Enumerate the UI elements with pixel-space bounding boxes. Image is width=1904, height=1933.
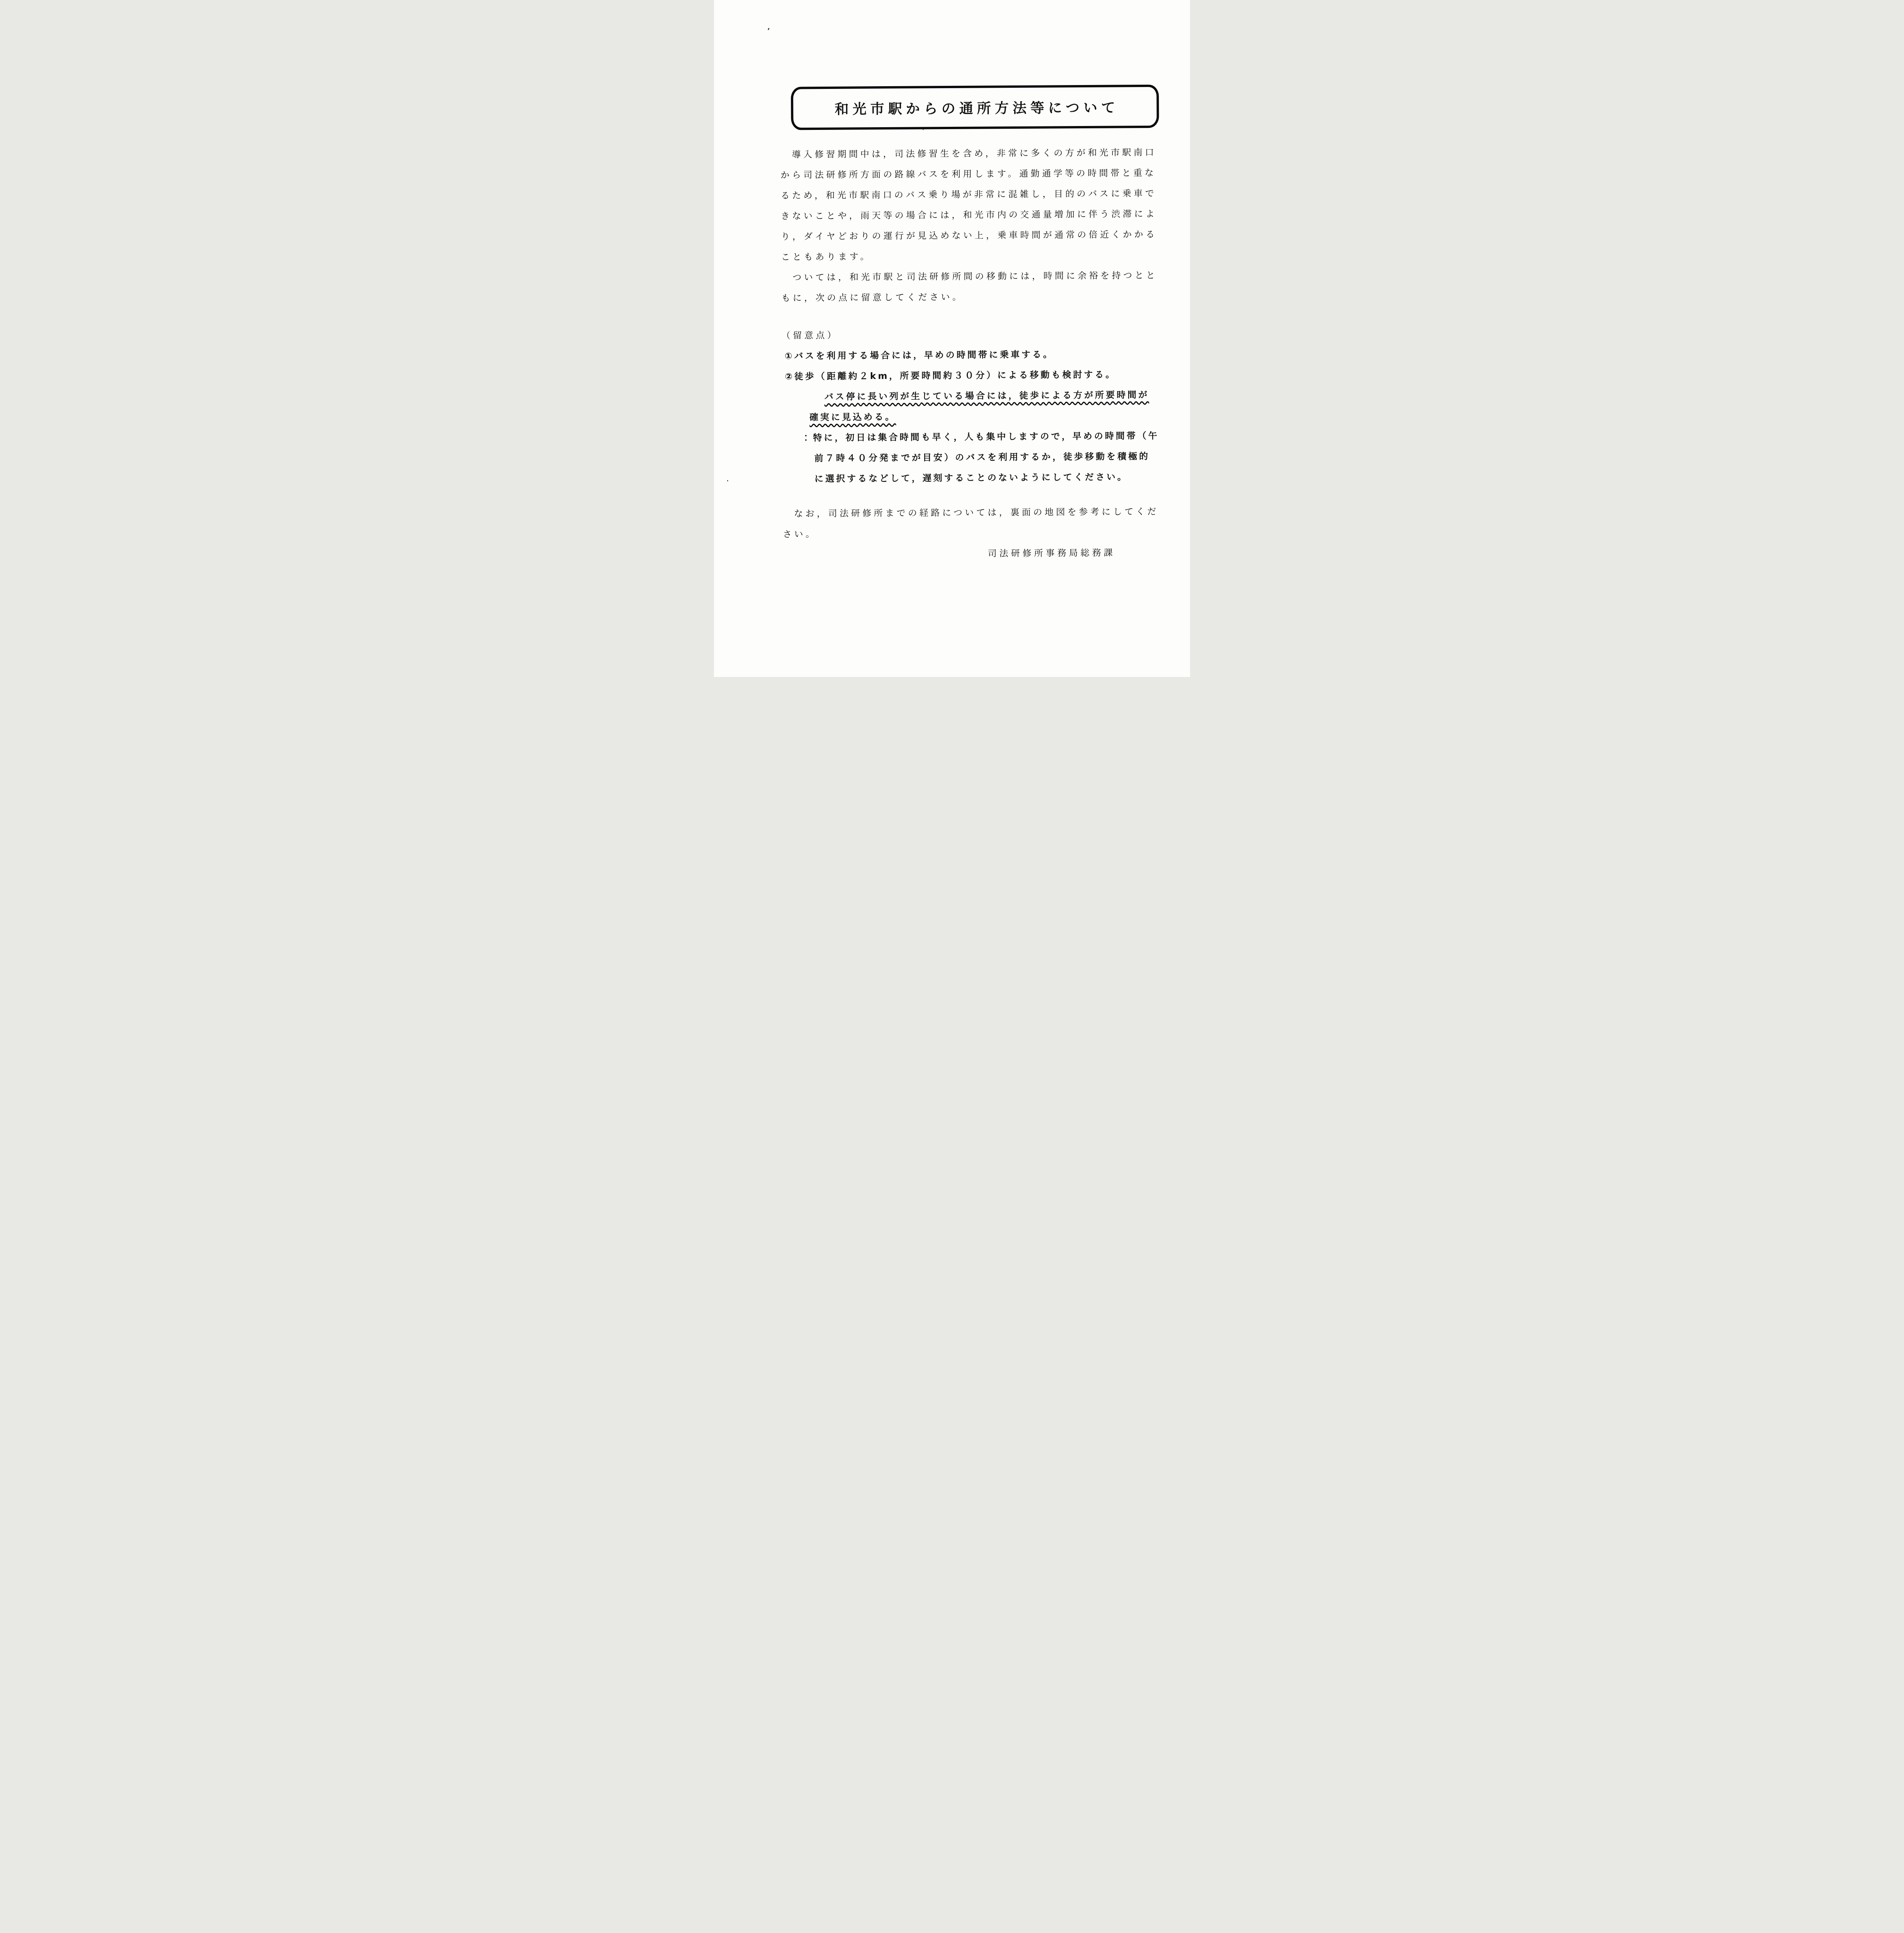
paragraph-line: るため，和光市駅南口のバス乗り場が非常に混雑し，目的のバスに乗車で — [781, 184, 1160, 206]
paragraph-line: ついては，和光市駅と司法研修所間の移動には，時間に余裕を持つとと — [781, 266, 1160, 288]
scanned-notice-page: 和光市駅からの通所方法等について 導入修習期間中は，司法修習生を含め，非常に多く… — [714, 0, 1190, 677]
paragraph-line: 導入修習期間中は，司法修習生を含め，非常に多くの方が和光市駅南口 — [780, 143, 1159, 165]
note-item-2-remark-line: 確実に見込める。 — [809, 406, 1161, 428]
document-title: 和光市駅からの通所方法等について — [831, 97, 1119, 118]
second-paragraph: ついては，和光市駅と司法研修所間の移動には，時間に余裕を持つとと もに，次の点に… — [781, 266, 1160, 309]
paragraph-line: から司法研修所方面の路線バスを利用します。通勤通学等の時間帯と重な — [780, 163, 1159, 186]
wavy-underlined-text: バス停に長い列が生じている場合には，徒歩による方が所要時間が — [824, 390, 1149, 402]
closing-paragraph: なお，司法研修所までの経路については，裏面の地図を参考にしてくだ さい。 — [783, 502, 1162, 545]
note-item-3-line: ：特に，初日は集合時間も早く，人も集中しますので，早めの時間帯（午 — [801, 426, 1161, 449]
note-item-2-remark-line: バス停に長い列が生じている場合には，徒歩による方が所要時間が — [824, 385, 1161, 407]
note-item-1: ①バスを利用する場合には，早めの時間帯に乗車する。 — [785, 344, 1160, 367]
paragraph-line: こともあります。 — [781, 245, 1160, 268]
signature: 司法研修所事務局総務課 — [783, 543, 1161, 566]
paragraph-line: さい。 — [783, 522, 1161, 545]
paragraph-line: なお，司法研修所までの経路については，裏面の地図を参考にしてくだ — [783, 502, 1161, 525]
attention-points-section: （留意点） ①バスを利用する場合には，早めの時間帯に乗車する。 ②徒歩（距離約２… — [782, 324, 1161, 490]
paragraph-line: り，ダイヤどおりの運行が見込めない上，乗車時間が通常の倍近くかかる — [781, 225, 1160, 247]
note-item-3-text: 特に，初日は集合時間も早く，人も集中しますので，早めの時間帯（午 — [813, 431, 1159, 443]
paragraph-line: きないことや，雨天等の場合には，和光市内の交通量増加に伴う渋滞によ — [781, 204, 1160, 227]
note-item-3-line: に選択するなどして，遅刻することのないようにしてください。 — [814, 467, 1161, 489]
attention-points-heading: （留意点） — [782, 324, 1160, 346]
paragraph-line: もに，次の点に留意してください。 — [781, 286, 1160, 309]
document-sheet: 和光市駅からの通所方法等について 導入修習期間中は，司法修習生を含め，非常に多く… — [714, 0, 1190, 677]
colon-bullet-mark: ： — [801, 433, 812, 443]
wavy-underlined-text: 確実に見込める。 — [809, 412, 896, 423]
note-item-3-line: 前７時４０分発までが目安）のバスを利用するか，徒歩移動を積極的 — [814, 447, 1161, 469]
note-item-2: ②徒歩（距離約２km，所要時間約３０分）による移動も検討する。 — [785, 365, 1160, 387]
title-box: 和光市駅からの通所方法等について — [791, 85, 1159, 130]
intro-paragraph: 導入修習期間中は，司法修習生を含め，非常に多くの方が和光市駅南口 から司法研修所… — [780, 143, 1160, 268]
